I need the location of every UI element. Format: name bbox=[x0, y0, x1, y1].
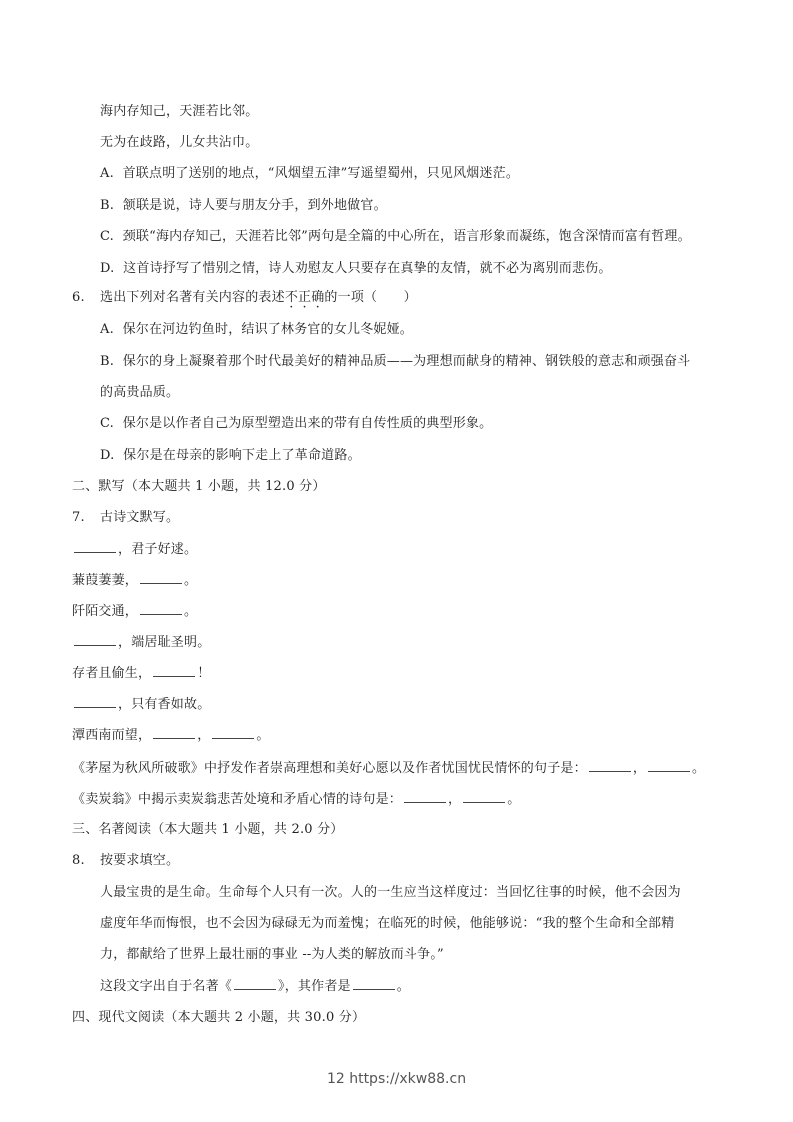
option-label: D. bbox=[100, 261, 115, 276]
blank-field[interactable] bbox=[74, 634, 116, 646]
item-text: ， bbox=[448, 792, 461, 807]
passage-line: 力，都献给了世界上最壮丽的事业 --为人类的解放而斗争。” bbox=[100, 947, 444, 963]
blank-field[interactable] bbox=[153, 665, 195, 677]
blank-field[interactable] bbox=[153, 727, 195, 739]
blank-field[interactable] bbox=[589, 760, 631, 772]
question-number: 6. bbox=[72, 290, 100, 306]
item-text: 潭西南而望， bbox=[72, 728, 151, 743]
q7-stem: 7.古诗文默写。 bbox=[72, 510, 179, 526]
section-heading-3: 三、名著阅读（本大题共 1 小题，共 2.0 分） bbox=[72, 822, 343, 838]
stem-text: 按要求填空。 bbox=[100, 853, 179, 868]
question-number: 8. bbox=[72, 853, 100, 869]
page-footer: 12 https://xkw88.cn bbox=[0, 1071, 793, 1087]
blank-field[interactable] bbox=[140, 603, 182, 615]
blank-field[interactable] bbox=[353, 978, 395, 990]
item-text: 存者且偷生， bbox=[72, 666, 151, 681]
item-text: 。 bbox=[184, 604, 197, 619]
item-text: 《茅屋为秋风所破歌》中抒发作者崇高理想和美好心愿以及作者忧国忧民情怀的句子是： bbox=[72, 761, 587, 776]
q8-stem: 8.按要求填空。 bbox=[72, 853, 179, 869]
fill-item: 潭西南而望，，。 bbox=[72, 727, 270, 744]
q6-option-b: B. 保尔的身上凝聚着那个时代最美好的精神品质——为理想而献身的精神、钢铁般的意… bbox=[100, 354, 690, 370]
option-text: 颈联“海内存知己，天涯若比邻”两句是全篇的中心所在，语言形象而凝练，饱含深情而富… bbox=[123, 229, 691, 244]
item-text: 这段文字出自于名著《 bbox=[100, 979, 232, 994]
q6-stem: 6.选出下列对名著有关内容的表述不正确的一项（ ） bbox=[72, 290, 417, 306]
blank-field[interactable] bbox=[74, 696, 116, 708]
q6-option-c: C. 保尔是以作者自己为原型塑造出来的带有自传性质的典型形象。 bbox=[100, 416, 492, 432]
item-text: 。 bbox=[507, 792, 520, 807]
fill-item: 阡陌交通，。 bbox=[72, 603, 197, 620]
blank-field[interactable] bbox=[463, 791, 505, 803]
blank-field[interactable] bbox=[648, 760, 690, 772]
blank-field[interactable] bbox=[74, 541, 116, 553]
item-text: 。 bbox=[184, 573, 197, 588]
section-heading-2: 二、默写（本大题共 1 小题，共 12.0 分） bbox=[72, 479, 326, 495]
passage-line: 人最宝贵的是生命。生命每个人只有一次。人的一生应当这样度过：当回忆往事的时候，他… bbox=[100, 885, 681, 901]
stem-text: 的一项（ ） bbox=[324, 290, 416, 305]
q5-option-c: C. 颈联“海内存知己，天涯若比邻”两句是全篇的中心所在，语言形象而凝练，饱含深… bbox=[100, 229, 691, 245]
item-text: 。 bbox=[692, 761, 705, 776]
option-text: 保尔是在母亲的影响下走上了革命道路。 bbox=[123, 448, 361, 463]
item-text: ，只有香如故。 bbox=[118, 697, 210, 712]
option-text: 首联点明了送别的地点，“风烟望五津”写遥望蜀州，只见风烟迷茫。 bbox=[123, 166, 520, 181]
poem-line: 无为在歧路，儿女共沾巾。 bbox=[100, 135, 258, 151]
q5-option-b: B. 颔联是说，诗人要与朋友分手，到外地做官。 bbox=[100, 198, 387, 214]
fill-item: ，君子好逑。 bbox=[72, 541, 197, 558]
emphasis-char: 不 bbox=[285, 290, 298, 305]
fill-item: 存者且偷生，！ bbox=[72, 665, 210, 682]
option-label: D. bbox=[100, 448, 115, 463]
item-text: 。 bbox=[256, 728, 269, 743]
fill-item: ，只有香如故。 bbox=[72, 696, 210, 713]
q6-option-d: D. 保尔是在母亲的影响下走上了革命道路。 bbox=[100, 448, 361, 464]
q6-option-b-continued: 的高贵品质。 bbox=[100, 385, 179, 401]
q8-fill: 这段文字出自于名著《》，其作者是。 bbox=[100, 978, 410, 995]
option-label: C. bbox=[100, 416, 114, 431]
poem-line: 海内存知己，天涯若比邻。 bbox=[100, 104, 258, 120]
blank-field[interactable] bbox=[140, 572, 182, 584]
blank-field[interactable] bbox=[234, 978, 276, 990]
item-text: 》，其作者是 bbox=[278, 979, 351, 994]
emphasis-char: 正 bbox=[298, 290, 311, 305]
option-text: 这首诗抒写了惜别之情，诗人劝慰友人只要存在真挚的友情，就不必为离别而悲伤。 bbox=[123, 261, 611, 276]
fill-item: 《卖炭翁》中揭示卖炭翁悲苦处境和矛盾心情的诗句是：，。 bbox=[72, 791, 520, 808]
option-label: B. bbox=[100, 198, 114, 213]
option-label: A. bbox=[100, 322, 114, 337]
fill-item: ，端居耻圣明。 bbox=[72, 634, 210, 651]
item-text: ，君子好逑。 bbox=[118, 542, 197, 557]
item-text: 《卖炭翁》中揭示卖炭翁悲苦处境和矛盾心情的诗句是： bbox=[72, 792, 402, 807]
fill-item: 蒹葭萋萋，。 bbox=[72, 572, 197, 589]
emphasis-char: 确 bbox=[311, 290, 324, 305]
item-text: 蒹葭萋萋， bbox=[72, 573, 138, 588]
option-text: 保尔的身上凝聚着那个时代最美好的精神品质——为理想而献身的精神、钢铁般的意志和顽… bbox=[123, 354, 691, 369]
stem-text: 古诗文默写。 bbox=[100, 510, 179, 525]
blank-field[interactable] bbox=[212, 727, 254, 739]
item-text: ，端居耻圣明。 bbox=[118, 635, 210, 650]
item-text: ！ bbox=[197, 666, 210, 681]
option-label: C. bbox=[100, 229, 114, 244]
q5-option-a: A. 首联点明了送别的地点，“风烟望五津”写遥望蜀州，只见风烟迷茫。 bbox=[100, 166, 519, 182]
item-text: ， bbox=[197, 728, 210, 743]
option-text: 保尔是以作者自己为原型塑造出来的带有自传性质的典型形象。 bbox=[123, 416, 493, 431]
question-number: 7. bbox=[72, 510, 100, 526]
item-text: 。 bbox=[397, 979, 410, 994]
q6-option-a: A. 保尔在河边钓鱼时，结识了林务官的女儿冬妮娅。 bbox=[100, 322, 413, 338]
item-text: 阡陌交通， bbox=[72, 604, 138, 619]
section-heading-4: 四、现代文阅读（本大题共 2 小题，共 30.0 分） bbox=[72, 1010, 365, 1026]
blank-field[interactable] bbox=[404, 791, 446, 803]
item-text: ， bbox=[633, 761, 646, 776]
option-label: A. bbox=[100, 166, 114, 181]
fill-item: 《茅屋为秋风所破歌》中抒发作者崇高理想和美好心愿以及作者忧国忧民情怀的句子是：，… bbox=[72, 760, 705, 777]
passage-line: 虚度年华而悔恨，也不会因为碌碌无为而羞愧；在临死的时候，他能够说：“我的整个生命… bbox=[100, 916, 674, 932]
option-text: 保尔在河边钓鱼时，结识了林务官的女儿冬妮娅。 bbox=[123, 322, 413, 337]
option-text: 颔联是说，诗人要与朋友分手，到外地做官。 bbox=[123, 198, 387, 213]
option-label: B. bbox=[100, 354, 114, 369]
stem-text: 选出下列对名著有关内容的表述 bbox=[100, 290, 285, 305]
q5-option-d: D. 这首诗抒写了惜别之情，诗人劝慰友人只要存在真挚的友情，就不必为离别而悲伤。 bbox=[100, 261, 612, 277]
